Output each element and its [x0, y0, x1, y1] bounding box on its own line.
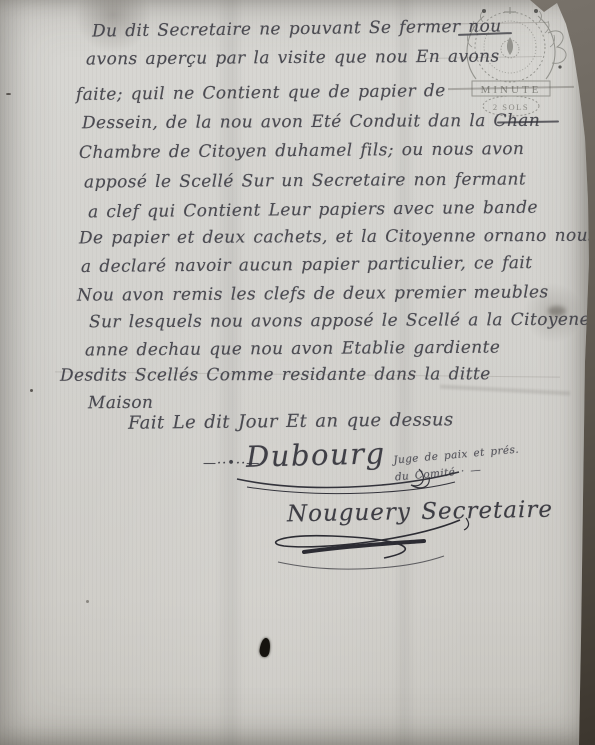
manuscript-line: a clef qui Contient Leur papiers avec un… [88, 198, 538, 223]
ink-smear [440, 385, 570, 396]
manuscript-line: Du dit Secretaire ne pouvant Se fermer n… [92, 16, 502, 41]
ink-speck [86, 600, 89, 603]
manuscript-line: Desdits Scellés Comme residante dans la … [60, 364, 491, 386]
ink-blot [259, 637, 272, 657]
manuscript-line: a declaré navoir aucun papier particulie… [81, 253, 533, 277]
signature-title-line1: Juge de paix et prés. [393, 444, 520, 467]
signature-paraph [262, 516, 474, 574]
photograph-of-manuscript: MINUTE 2 SOLS Du dit Secretaire ne pouva… [0, 0, 595, 745]
manuscript-line: Nou avon remis les clefs de deux premier… [77, 282, 549, 306]
manuscript-line: Sur lesquels nou avons apposé le Scellé … [89, 310, 590, 333]
manuscript-line: faite; quil ne Contient que de papier de [76, 81, 446, 105]
paper-smudge [548, 306, 566, 316]
ink-speck [6, 93, 11, 95]
manuscript-line: De papier et deux cachets, et la Citoyen… [79, 226, 595, 249]
manuscript-line: anne dechau que nou avon Etablie gardien… [85, 338, 500, 361]
ink-speck [30, 389, 33, 392]
manuscript-line: apposé le Scellé Sur un Secretaire non f… [84, 169, 526, 192]
signature-underline-flourish [233, 467, 465, 499]
manuscript-line: avons aperçu par la visite que nou En av… [86, 47, 500, 70]
manuscript-paper: MINUTE 2 SOLS Du dit Secretaire ne pouva… [0, 0, 595, 745]
closing-formula: Fait Le dit Jour Et an que dessus [128, 409, 454, 434]
manuscript-line: Maison [88, 393, 153, 414]
manuscript-line: Dessein, de la nou avon Eté Conduit dan … [82, 111, 540, 134]
manuscript-line: Chambre de Citoyen duhamel fils; ou nous… [79, 139, 524, 163]
